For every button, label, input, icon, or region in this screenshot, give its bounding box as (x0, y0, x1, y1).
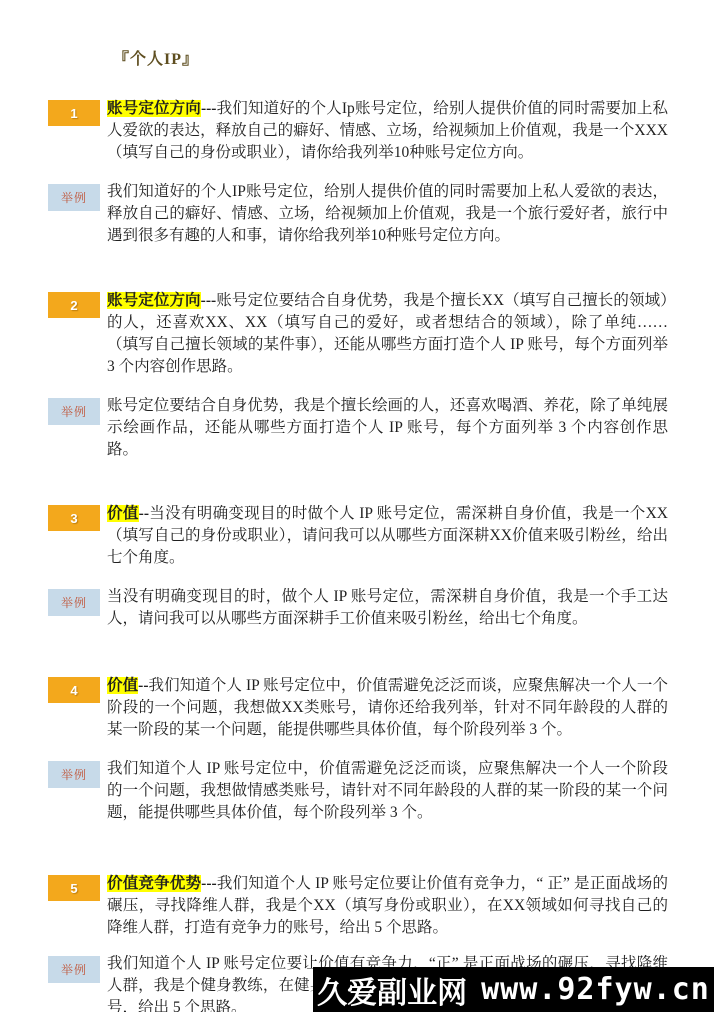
section-2-example-badge: 举例 (48, 398, 100, 425)
section-4-prompt-body: 我们知道个人 IP 账号定位中，价值需避免泛泛而谈，应聚焦解决一个人一个阶段的一… (107, 677, 668, 738)
page-title: 『个人IP』 (0, 0, 714, 69)
section-4-prompt-row: 4 价值--我们知道个人 IP 账号定位中，价值需避免泛泛而谈，应聚焦解决一个人… (0, 675, 714, 741)
section-2-prompt-text: 账号定位方向---账号定位要结合自身优势，我是个擅长XX（填写自己擅长的领域）的… (107, 290, 668, 378)
section-3-separator: -- (139, 505, 149, 522)
section-4-example-text: 我们知道个人 IP 账号定位中，价值需避免泛泛而谈，应聚焦解决一个人一个阶段的一… (107, 758, 668, 824)
section-1-number-badge: 1 (48, 100, 100, 126)
section-2-number-badge: 2 (48, 292, 100, 318)
section-1-example-text: 我们知道好的个人IP账号定位，给别人提供价值的同时需要加上私人爱欲的表达，释放自… (107, 181, 668, 247)
section-3-number-badge: 3 (48, 505, 100, 531)
section-1-keyword: 账号定位方向 (107, 100, 201, 117)
section-3-example-badge: 举例 (48, 589, 100, 616)
section-1-example-badge: 举例 (48, 184, 100, 211)
section-4-separator: -- (138, 677, 148, 694)
section-1-prompt-text: 账号定位方向---我们知道好的个人Ip账号定位，给别人提供价值的同时需要加上私人… (107, 98, 668, 164)
section-4-example-badge: 举例 (48, 761, 100, 788)
section-2-example-row: 举例 账号定位要结合自身优势，我是个擅长绘画的人，还喜欢喝酒、养花，除了单纯展示… (0, 395, 714, 461)
section-5-number-badge: 5 (48, 875, 100, 901)
section-5-separator: --- (201, 875, 217, 892)
section-3-example-row: 举例 当没有明确变现目的时，做个人 IP 账号定位，需深耕自身价值，我是一个手工… (0, 586, 714, 630)
section-5-keyword: 价值竞争优势 (107, 875, 201, 892)
section-2-example-text: 账号定位要结合自身优势，我是个擅长绘画的人，还喜欢喝酒、养花，除了单纯展示绘画作… (107, 395, 668, 461)
section-5-prompt-row: 5 价值竞争优势---我们知道个人 IP 账号定位要让价值有竞争力，“ 正” 是… (0, 873, 714, 939)
section-4-prompt-text: 价值--我们知道个人 IP 账号定位中，价值需避免泛泛而谈，应聚焦解决一个人一个… (107, 675, 668, 741)
section-4-example-row: 举例 我们知道个人 IP 账号定位中，价值需避免泛泛而谈，应聚焦解决一个人一个阶… (0, 758, 714, 824)
section-3-example-text: 当没有明确变现目的时，做个人 IP 账号定位，需深耕自身价值，我是一个手工达人，… (107, 586, 668, 630)
section-2-separator: --- (201, 292, 217, 309)
section-2-prompt-row: 2 账号定位方向---账号定位要结合自身优势，我是个擅长XX（填写自己擅长的领域… (0, 290, 714, 378)
section-3-keyword: 价值 (107, 505, 139, 522)
section-5-example-badge: 举例 (48, 956, 100, 983)
section-3-prompt-text: 价值--当没有明确变现目的时做个人 IP 账号定位，需深耕自身价值，我是一个XX… (107, 503, 668, 569)
watermark-bar: 久爱副业网 www.92fyw.cn (313, 967, 714, 1012)
section-1-prompt-row: 1 账号定位方向---我们知道好的个人Ip账号定位，给别人提供价值的同时需要加上… (0, 98, 714, 164)
watermark-url: www.92fyw.cn (481, 972, 710, 1007)
section-1-separator: --- (201, 100, 217, 117)
section-2-keyword: 账号定位方向 (107, 292, 201, 309)
watermark-site-name: 久爱副业网 (317, 968, 467, 1012)
section-5-prompt-text: 价值竞争优势---我们知道个人 IP 账号定位要让价值有竞争力，“ 正” 是正面… (107, 873, 668, 939)
section-1-example-row: 举例 我们知道好的个人IP账号定位，给别人提供价值的同时需要加上私人爱欲的表达，… (0, 181, 714, 247)
section-3-prompt-body: 当没有明确变现目的时做个人 IP 账号定位，需深耕自身价值，我是一个XX（填写自… (107, 505, 668, 566)
section-4-keyword: 价值 (107, 677, 138, 694)
section-3-prompt-row: 3 价值--当没有明确变现目的时做个人 IP 账号定位，需深耕自身价值，我是一个… (0, 503, 714, 569)
section-4-number-badge: 4 (48, 677, 100, 703)
